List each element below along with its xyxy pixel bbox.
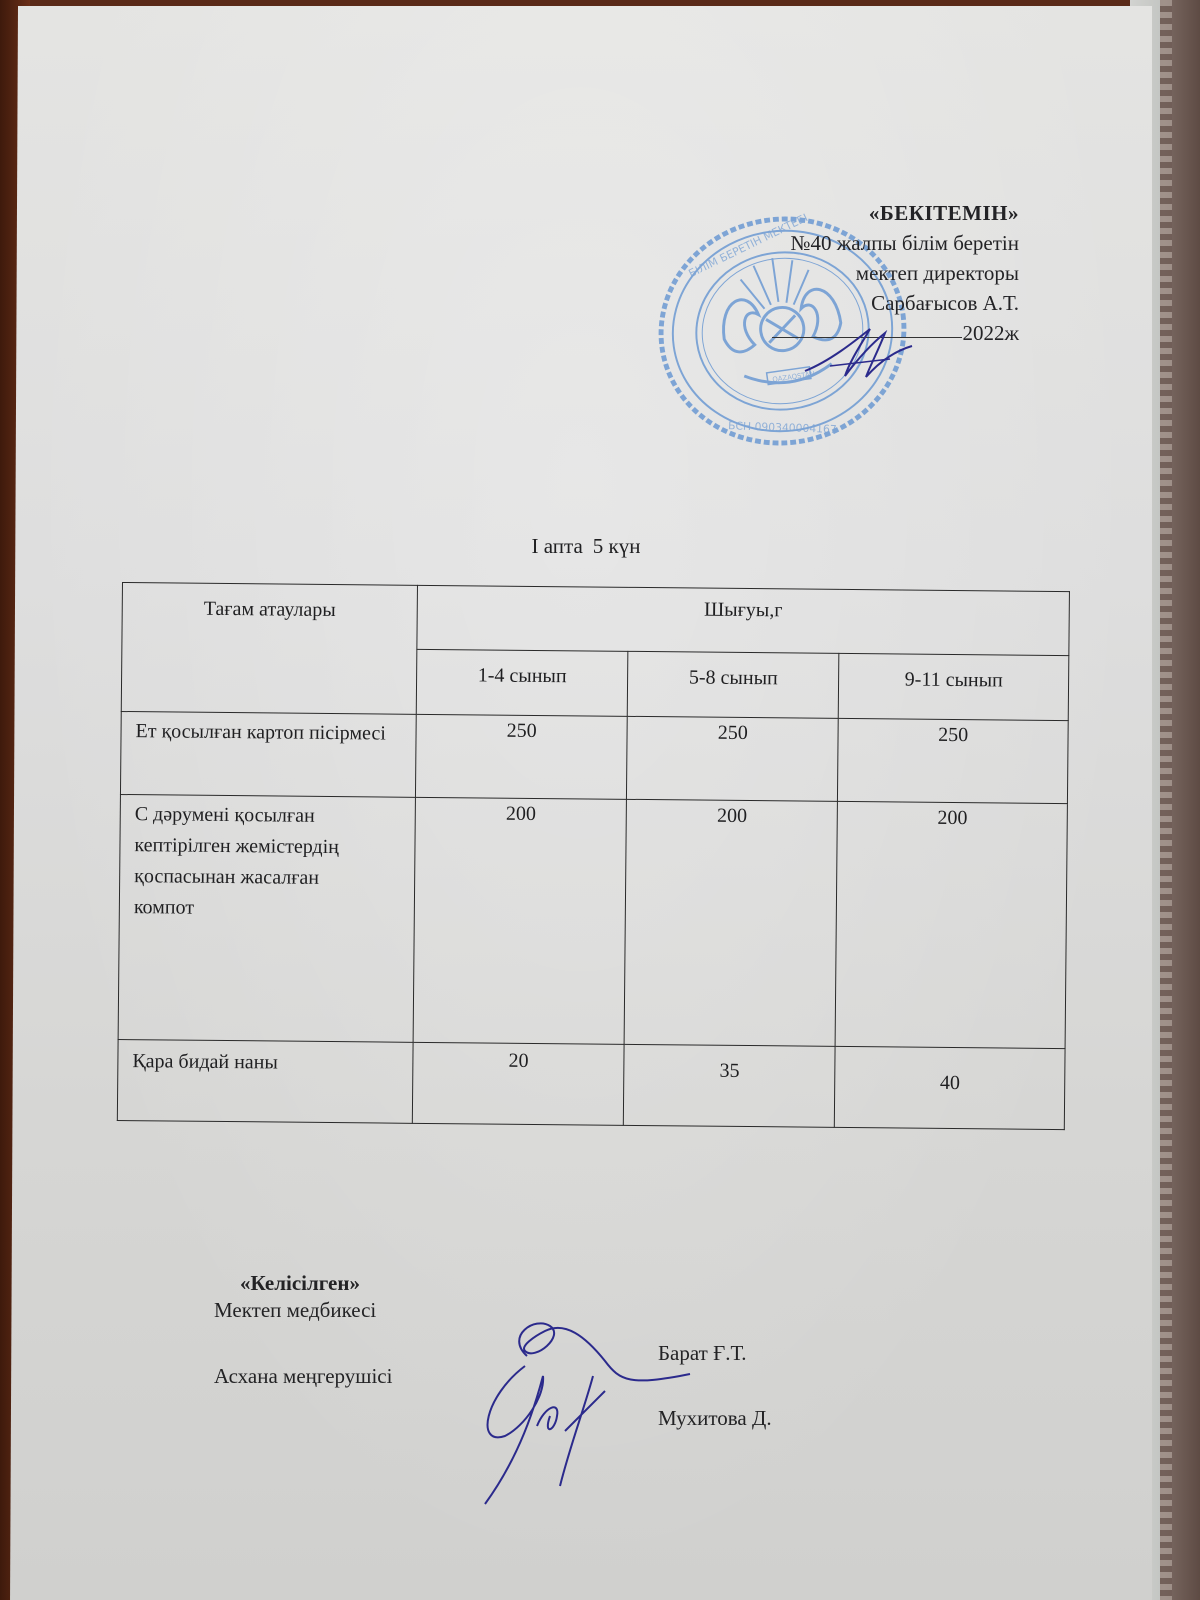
portion-value: 250 — [627, 716, 839, 801]
table-row: Қара бидай наны 20 35 40 — [117, 1039, 1065, 1129]
day-label: 5 күн — [593, 534, 641, 558]
table-row: Ет қосылған картоп пісірмесі 250 250 250 — [120, 711, 1068, 803]
header-grade-1-4: 1-4 сынып — [416, 649, 628, 716]
dish-name: С дәрумені қосылған кептірілген жемістер… — [118, 794, 415, 1042]
svg-text:БСН 090340004167: БСН 090340004167 — [728, 419, 837, 436]
role-school-nurse: Мектеп медбикесі — [214, 1296, 392, 1324]
approval-date: 2022ж — [962, 321, 1019, 345]
name-nurse: Барат Ғ.Т. — [658, 1341, 772, 1366]
agreed-block: «Келісілген» Мектеп медбикесі Асхана мең… — [214, 1271, 392, 1390]
name-canteen-manager: Мухитова Д. — [658, 1406, 772, 1431]
portion-value: 200 — [835, 801, 1067, 1048]
approval-line-school: №40 жалпы білім беретін — [772, 228, 1019, 258]
agreed-names: Барат Ғ.Т. Мухитова Д. — [658, 1341, 772, 1431]
week-label: I апта — [532, 534, 583, 558]
approval-line-director-name: Сарбағысов А.Т. — [772, 288, 1019, 318]
header-output: Шығуы,г — [417, 585, 1070, 655]
director-signature-icon — [800, 321, 920, 381]
portion-value: 250 — [838, 718, 1068, 803]
menu-table: Тағам атаулары Шығуы,г 1-4 сынып 5-8 сын… — [117, 582, 1070, 1130]
portion-value: 20 — [412, 1042, 624, 1125]
approval-line-position: мектеп директоры — [772, 258, 1019, 288]
role-canteen-manager: Асхана меңгерушісі — [214, 1362, 392, 1390]
portion-value: 40 — [835, 1046, 1065, 1129]
dish-name: Қара бидай наны — [117, 1039, 413, 1123]
agreed-title: «Келісілген» — [240, 1271, 392, 1296]
header-grade-5-8: 5-8 сынып — [627, 651, 839, 718]
portion-value: 200 — [413, 797, 627, 1044]
portion-value: 250 — [415, 714, 627, 799]
portion-value: 35 — [623, 1044, 835, 1127]
header-grade-9-11: 9-11 сынып — [839, 653, 1069, 720]
dish-name: Ет қосылған картоп пісірмесі — [120, 711, 416, 797]
table-row: С дәрумені қосылған кептірілген жемістер… — [118, 794, 1067, 1048]
week-day-heading: I апта5 күн — [10, 534, 1152, 559]
document-page: БІЛІМ БЕРЕТІН МЕКТЕБІ БСН 090340004167 Q… — [10, 6, 1152, 1600]
approval-title: «БЕКІТЕМІН» — [772, 198, 1019, 228]
table-header-row: Тағам атаулары Шығуы,г — [122, 583, 1070, 656]
header-dish-names: Тағам атаулары — [121, 583, 417, 715]
portion-value: 200 — [624, 799, 838, 1046]
